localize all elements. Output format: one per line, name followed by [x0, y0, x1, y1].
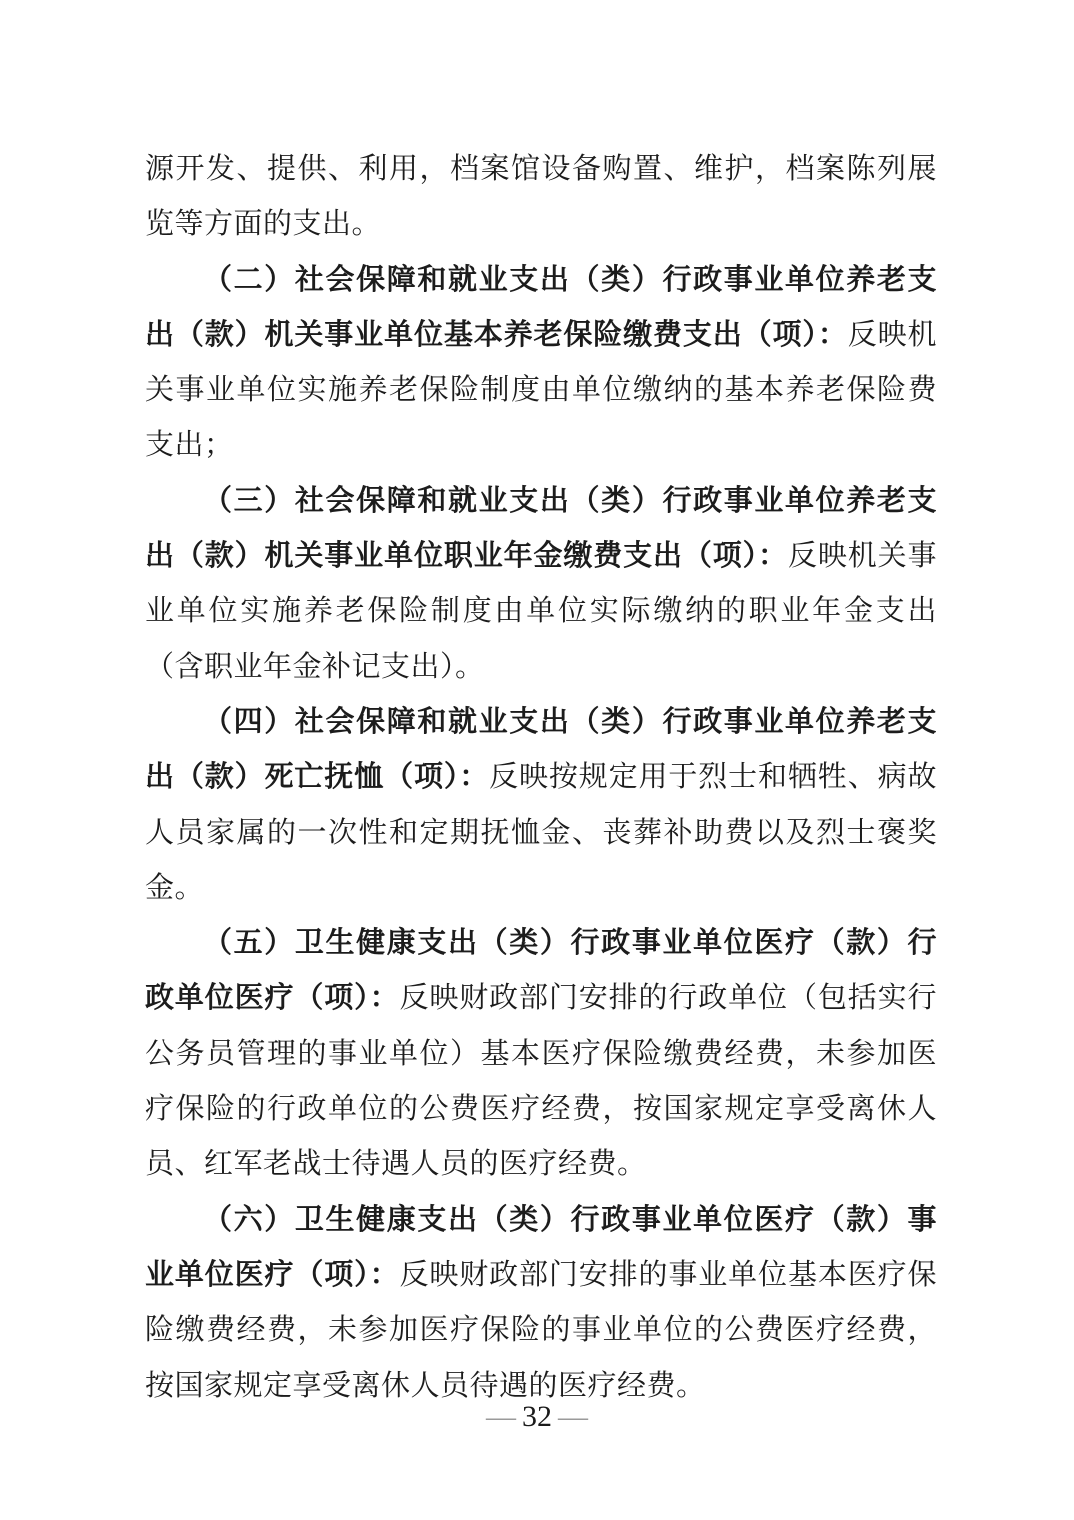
paragraph-continuation: 源开发、提供、利用，档案馆设备购置、维护，档案陈列展览等方面的支出。	[145, 142, 937, 253]
paragraph-lead: （二）社会保障和就业支出（类）行政事业单位养老支出（款）机关事业单位基本养老保险…	[145, 264, 937, 351]
paragraph-item-3: （三）社会保障和就业支出（类）行政事业单位养老支出（款）机关事业单位职业年金缴费…	[145, 474, 937, 695]
footer-dash-right: —	[558, 1400, 588, 1433]
page-footer: —32—	[0, 1400, 1074, 1434]
paragraph-item-5: （五）卫生健康支出（类）行政事业单位医疗（款）行政单位医疗（项）：反映财政部门安…	[145, 916, 937, 1192]
paragraph-item-2: （二）社会保障和就业支出（类）行政事业单位养老支出（款）机关事业单位基本养老保险…	[145, 253, 937, 474]
paragraph-item-6: （六）卫生健康支出（类）行政事业单位医疗（款）事业单位医疗（项）：反映财政部门安…	[145, 1193, 937, 1414]
document-page: 源开发、提供、利用，档案馆设备购置、维护，档案陈列展览等方面的支出。 （二）社会…	[0, 0, 1074, 1520]
page-number: 32	[522, 1400, 552, 1433]
footer-dash-left: —	[486, 1400, 516, 1433]
document-body: 源开发、提供、利用，档案馆设备购置、维护，档案陈列展览等方面的支出。 （二）社会…	[145, 142, 937, 1414]
paragraph-body: 源开发、提供、利用，档案馆设备购置、维护，档案陈列展览等方面的支出。	[145, 153, 937, 240]
paragraph-item-4: （四）社会保障和就业支出（类）行政事业单位养老支出（款）死亡抚恤（项）：反映按规…	[145, 695, 937, 916]
